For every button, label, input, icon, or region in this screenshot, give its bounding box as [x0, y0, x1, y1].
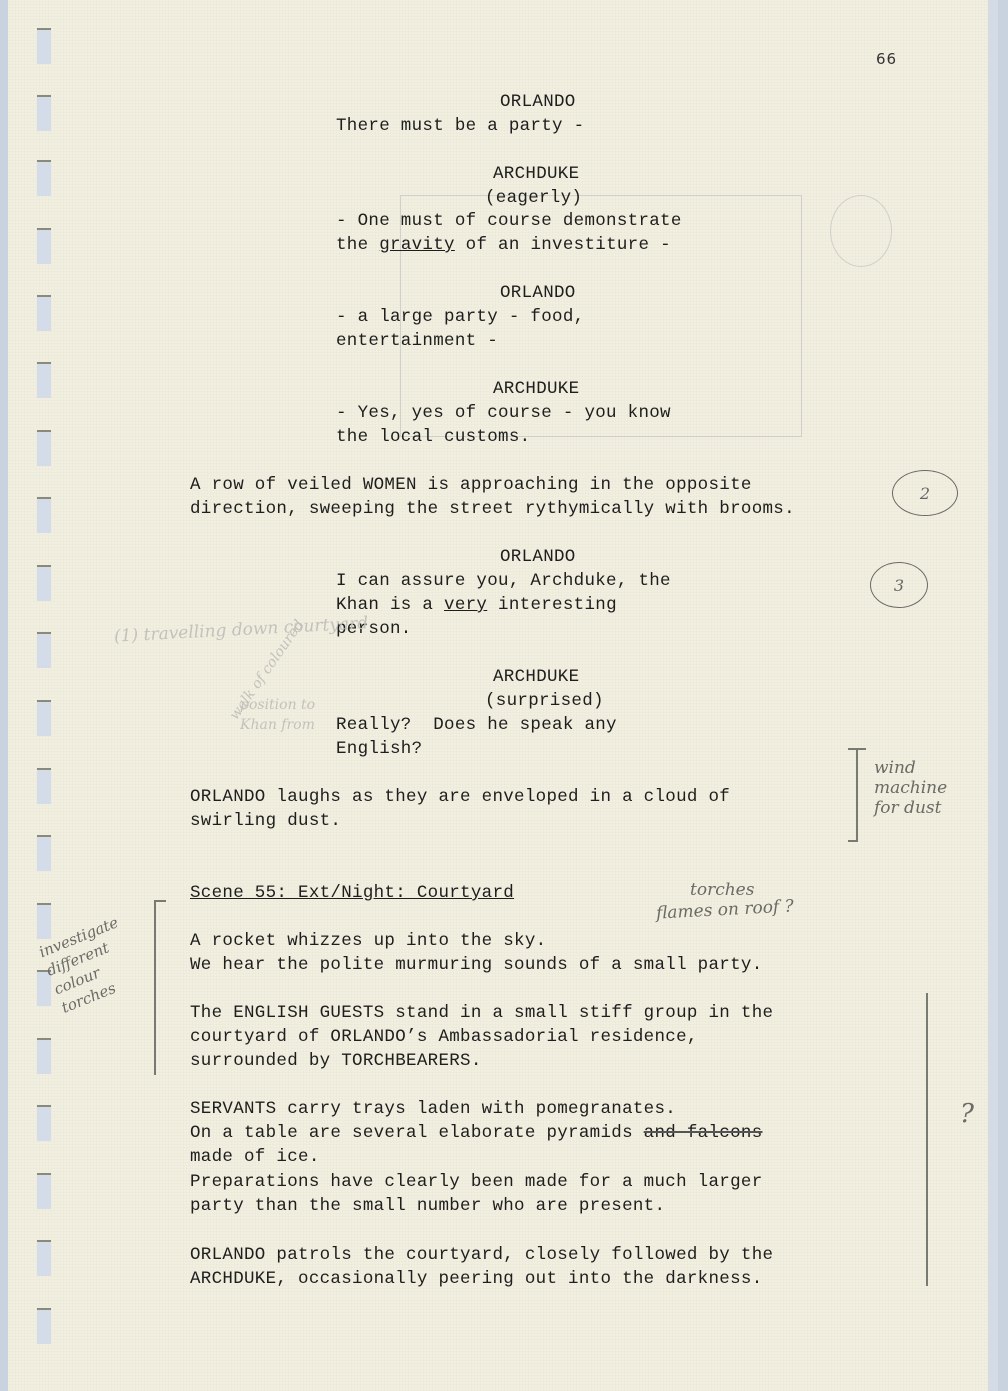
dialogue-line: I can assure you, Archduke, the — [336, 569, 671, 593]
action-line: Preparations have clearly been made for … — [190, 1170, 763, 1194]
faint-handwritten-note: position to Khan from — [240, 695, 315, 735]
dialogue-line: Really? Does he speak any — [336, 713, 617, 737]
margin-line — [926, 993, 928, 1286]
character-cue: ORLANDO — [500, 281, 576, 305]
binding-hole — [37, 28, 51, 64]
binding-hole — [37, 362, 51, 398]
dialogue-line: the gravity of an investiture - — [336, 233, 671, 257]
handwritten-note-wind-machine: wind machine for dust — [874, 758, 947, 818]
character-cue: ORLANDO — [500, 90, 576, 114]
binding-hole — [37, 565, 51, 601]
binding-hole — [37, 1038, 51, 1074]
circled-number-3: 3 — [870, 562, 928, 608]
character-cue: ARCHDUKE — [493, 377, 579, 401]
parenthetical: (surprised) — [485, 689, 604, 713]
binding-hole — [37, 700, 51, 736]
underlined-word: gravity — [379, 235, 455, 255]
parenthetical: (eagerly) — [485, 186, 582, 210]
binding-hole — [37, 228, 51, 264]
binding-hole — [37, 1240, 51, 1276]
action-line: ORLANDO patrols the courtyard, closely f… — [190, 1243, 773, 1267]
dialogue-line: - a large party - food, — [336, 305, 584, 329]
handwritten-note-investigate: investigate different colour torches — [36, 912, 144, 1018]
dialogue-line: There must be a party - — [336, 114, 584, 138]
circled-number-2: 2 — [892, 470, 958, 516]
underlined-word: very — [444, 595, 487, 615]
page-number: 66 — [876, 50, 897, 68]
handwritten-note-flames: flames on roof ? — [656, 896, 795, 923]
binding-hole — [37, 1308, 51, 1344]
handwritten-question-mark: ? — [960, 1104, 974, 1124]
bracket-line — [154, 900, 166, 902]
scene-heading: Scene 55: Ext/Night: Courtyard — [190, 881, 514, 905]
dialogue-line: the local customs. — [336, 425, 530, 449]
action-line: party than the small number who are pres… — [190, 1194, 665, 1218]
struck-text: and falcons — [644, 1123, 763, 1143]
action-line: surrounded by TORCHBEARERS. — [190, 1049, 482, 1073]
text-segment: of an investiture - — [455, 235, 671, 255]
binding-hole — [37, 903, 51, 939]
text-segment: the — [336, 235, 379, 255]
binding-hole — [37, 1173, 51, 1209]
character-cue: ARCHDUKE — [493, 665, 579, 689]
action-line: A row of veiled WOMEN is approaching in … — [190, 473, 752, 497]
dialogue-line: - Yes, yes of course - you know — [336, 401, 671, 425]
binding-hole — [37, 835, 51, 871]
bracket-line — [848, 840, 858, 842]
page-edge — [988, 0, 998, 1391]
action-line: On a table are several elaborate pyramid… — [190, 1121, 763, 1145]
character-cue: ORLANDO — [500, 545, 576, 569]
text-segment: interesting — [487, 595, 617, 615]
action-line: We hear the polite murmuring sounds of a… — [190, 953, 763, 977]
text-segment: On a table are several elaborate pyramid… — [190, 1123, 644, 1143]
action-line: ARCHDUKE, occasionally peering out into … — [190, 1267, 763, 1291]
binding-hole — [37, 768, 51, 804]
action-line: ORLANDO laughs as they are enveloped in … — [190, 785, 730, 809]
binding-hole — [37, 295, 51, 331]
binding-hole — [37, 497, 51, 533]
action-line: courtyard of ORLANDO’s Ambassadorial res… — [190, 1025, 698, 1049]
handwritten-note-torches: torches — [690, 880, 754, 900]
dialogue-line: entertainment - — [336, 329, 498, 353]
binding-hole — [37, 430, 51, 466]
dialogue-line: English? — [336, 737, 422, 761]
binding-hole — [37, 632, 51, 668]
action-line: direction, sweeping the street rythymica… — [190, 497, 795, 521]
dialogue-line: Khan is a very interesting — [336, 593, 617, 617]
action-line: SERVANTS carry trays laden with pomegran… — [190, 1097, 676, 1121]
script-page: 66 ORLANDO There must be a party - ARCHD… — [8, 0, 998, 1391]
bracket-line — [856, 748, 858, 840]
action-line: A rocket whizzes up into the sky. — [190, 929, 546, 953]
text-segment: Khan is a — [336, 595, 444, 615]
faint-handwritten-note: (1) travelling down courtyard — [114, 613, 369, 646]
binding-hole — [37, 160, 51, 196]
bracket-line — [154, 900, 156, 1075]
action-line: swirling dust. — [190, 809, 341, 833]
faint-sketch-circle — [830, 195, 892, 267]
bracket-line — [848, 748, 866, 750]
binding-hole — [37, 95, 51, 131]
action-line: The ENGLISH GUESTS stand in a small stif… — [190, 1001, 773, 1025]
character-cue: ARCHDUKE — [493, 162, 579, 186]
dialogue-line: - One must of course demonstrate — [336, 209, 682, 233]
binding-hole — [37, 1105, 51, 1141]
action-line: made of ice. — [190, 1145, 320, 1169]
